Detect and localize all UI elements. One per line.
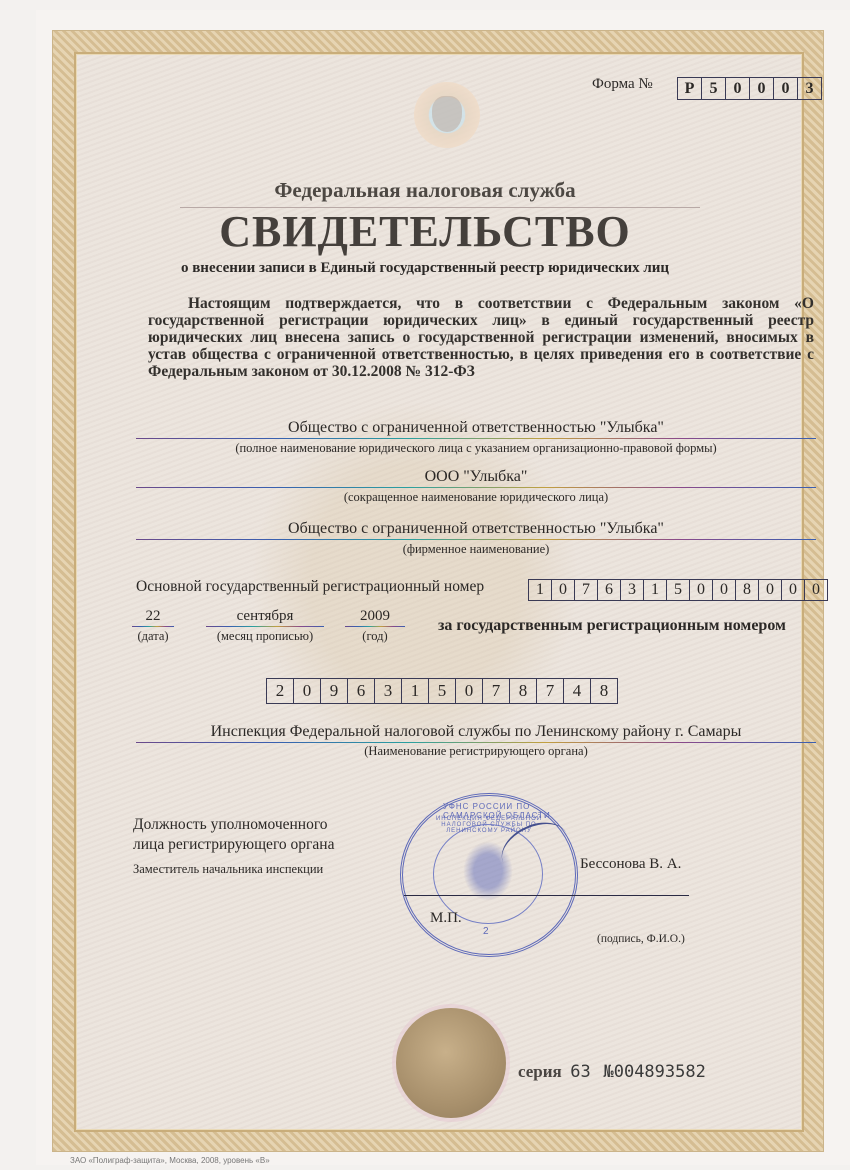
- official-stamp: УФНС РОССИИ ПО САМАРСКОЙ ОБЛАСТИ ИНСПЕКЦ…: [400, 793, 578, 957]
- statement-text: Настоящим подтверждается, что в соответс…: [148, 295, 814, 380]
- date-month-line: [206, 626, 324, 627]
- ogrn-digit: 7: [575, 580, 598, 600]
- date-month: сентября: [206, 608, 324, 625]
- ogrn-digit: 3: [621, 580, 644, 600]
- grn-digit: 7: [483, 679, 510, 703]
- brand-name-line: [136, 539, 816, 540]
- short-name-caption: (сокращенное наименование юридического л…: [136, 490, 816, 505]
- signer-name: Бессонова В. А.: [580, 856, 681, 873]
- date-month-caption: (месяц прописью): [206, 629, 324, 644]
- grn-digit: 6: [348, 679, 375, 703]
- document-title: СВИДЕТЕЛЬСТВО: [0, 206, 850, 257]
- stamp-place-label: М.П.: [430, 910, 462, 927]
- ogrn-label: Основной государственный регистрационный…: [136, 578, 484, 596]
- grn-digit: 7: [537, 679, 564, 703]
- brand-name-caption: (фирменное наименование): [136, 542, 816, 557]
- form-number-digit: 0: [774, 78, 798, 99]
- form-number-digit: 3: [798, 78, 821, 99]
- date-year-caption: (год): [345, 629, 405, 644]
- grn-digit: 1: [402, 679, 429, 703]
- authority-caption: (Наименование регистрирующего органа): [136, 744, 816, 759]
- grn-digit: 4: [564, 679, 591, 703]
- grn-digit: 8: [510, 679, 537, 703]
- grn-digit: 2: [267, 679, 294, 703]
- date-day: 22: [132, 608, 174, 625]
- position-value: Заместитель начальника инспекции: [133, 862, 323, 877]
- form-number-boxes: Р50003: [677, 77, 822, 100]
- series-label: серия: [518, 1062, 562, 1081]
- authority-value: Инспекция Федеральной налоговой службы п…: [136, 723, 816, 741]
- form-number-digit: 0: [726, 78, 750, 99]
- position-label: Должность уполномоченного лица регистрир…: [133, 815, 334, 855]
- ogrn-digit: 5: [667, 580, 690, 600]
- grn-digit: 0: [456, 679, 483, 703]
- form-number-digit: Р: [678, 78, 702, 99]
- signature-caption: (подпись, Ф.И.О.): [597, 933, 685, 945]
- blank-number: №004893582: [603, 1062, 705, 1082]
- date-day-line: [132, 626, 174, 627]
- ogrn-digit: 1: [529, 580, 552, 600]
- date-year-line: [345, 626, 405, 627]
- ogrn-digit: 0: [759, 580, 782, 600]
- date-year: 2009: [345, 608, 405, 625]
- signature-line: [404, 895, 689, 896]
- short-name-value: ООО "Улыбка": [136, 468, 816, 486]
- ogrn-boxes: 1076315008000: [528, 579, 828, 601]
- ogrn-digit: 0: [805, 580, 827, 600]
- ogrn-digit: 6: [598, 580, 621, 600]
- ogrn-digit: 1: [644, 580, 667, 600]
- agency-name: Федеральная налоговая служба: [0, 178, 850, 203]
- series-value: 63: [570, 1062, 590, 1082]
- statement-paragraph: Настоящим подтверждается, что в соответс…: [148, 295, 814, 380]
- gold-seal-icon: [396, 1008, 506, 1118]
- printer-note: ЗАО «Полиграф-защита», Москва, 2008, уро…: [70, 1156, 270, 1165]
- grn-label: за государственным регистрационным номер…: [438, 617, 786, 635]
- form-number-digit: 5: [702, 78, 726, 99]
- form-number-digit: 0: [750, 78, 774, 99]
- date-day-caption: (дата): [132, 629, 174, 644]
- grn-digit: 3: [375, 679, 402, 703]
- form-number-label: Форма №: [592, 76, 653, 93]
- document-subtitle: о внесении записи в Единый государственн…: [0, 260, 850, 277]
- full-name-value: Общество с ограниченной ответственностью…: [136, 419, 816, 437]
- ogrn-digit: 8: [736, 580, 759, 600]
- grn-digit: 0: [294, 679, 321, 703]
- ogrn-digit: 0: [782, 580, 805, 600]
- full-name-line: [136, 438, 816, 439]
- grn-digit: 5: [429, 679, 456, 703]
- position-label-line-2: лица регистрирующего органа: [133, 835, 334, 855]
- ogrn-digit: 0: [552, 580, 575, 600]
- brand-name-value: Общество с ограниченной ответственностью…: [136, 520, 816, 538]
- short-name-line: [136, 487, 816, 488]
- grn-boxes: 2096315078748: [266, 678, 618, 704]
- ogrn-digit: 0: [713, 580, 736, 600]
- serial-number: серия 63 №004893582: [518, 1062, 706, 1082]
- full-name-caption: (полное наименование юридического лица с…: [136, 441, 816, 456]
- grn-digit: 8: [591, 679, 617, 703]
- hologram-emblem-icon: [414, 82, 480, 148]
- grn-digit: 9: [321, 679, 348, 703]
- authority-line: [136, 742, 816, 743]
- position-label-line-1: Должность уполномоченного: [133, 815, 334, 835]
- stamp-number: 2: [483, 926, 490, 937]
- ogrn-digit: 0: [690, 580, 713, 600]
